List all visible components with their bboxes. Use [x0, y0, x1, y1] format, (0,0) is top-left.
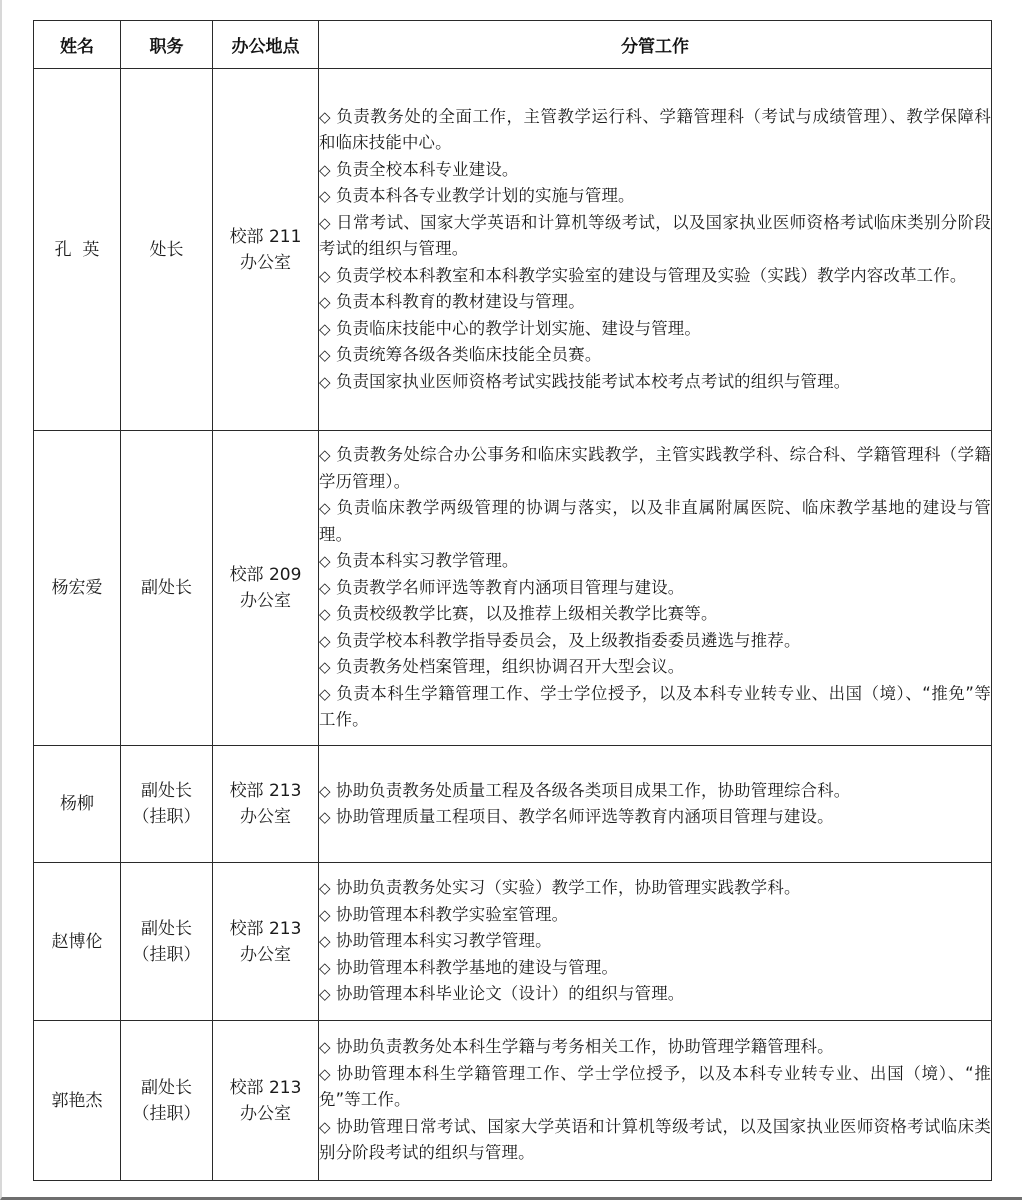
duty-text: 协助管理本科毕业论文（设计）的组织与管理。: [336, 984, 684, 1003]
table-row: 孔 英处长校部 211办公室◇负责教务处的全面工作，主管教学运行科、学籍管理科（…: [34, 69, 992, 431]
duty-text: 负责教学名师评选等教育内涵项目管理与建设。: [336, 578, 684, 597]
diamond-bullet-icon: ◇: [319, 601, 336, 628]
diamond-bullet-icon: ◇: [319, 369, 336, 396]
table-header-row: 姓名 职务 办公地点 分管工作: [34, 21, 992, 69]
duty-text: 协助管理本科教学实验室管理。: [336, 905, 568, 924]
duty-text: 协助负责教务处实习（实验）教学工作，协助管理实践教学科。: [336, 878, 801, 897]
header-office: 办公地点: [213, 21, 319, 69]
person-name: 杨柳: [60, 794, 94, 814]
duty-text: 负责本科生学籍管理工作、学士学位授予，以及本科专业转专业、出国（境）、“推免”等…: [319, 684, 991, 730]
duty-text: 协助管理本科生学籍管理工作、学士学位授予，以及本科专业转专业、出国（境）、“推免…: [319, 1064, 991, 1110]
duty-text: 负责临床教学两级管理的协调与落实，以及非直属附属医院、临床教学基地的建设与管理。: [319, 498, 991, 544]
cell-name: 孔 英: [34, 69, 121, 431]
duty-text: 负责学校本科教学指导委员会，及上级教指委委员遴选与推荐。: [336, 631, 801, 650]
duty-item: ◇负责本科各专业教学计划的实施与管理。: [319, 183, 991, 210]
duty-item: ◇协助负责教务处质量工程及各级各类项目成果工作，协助管理综合科。: [319, 778, 991, 805]
duty-item: ◇负责临床教学两级管理的协调与落实，以及非直属附属医院、临床教学基地的建设与管理…: [319, 495, 991, 548]
duty-item: ◇负责本科教育的教材建设与管理。: [319, 289, 991, 316]
diamond-bullet-icon: ◇: [319, 1034, 336, 1061]
diamond-bullet-icon: ◇: [319, 902, 336, 929]
table-body: 孔 英处长校部 211办公室◇负责教务处的全面工作，主管教学运行科、学籍管理科（…: [34, 69, 992, 1181]
duty-text: 协助管理质量工程项目、教学名师评选等教育内涵项目管理与建设。: [336, 807, 834, 826]
office-line-2: 办公室: [213, 250, 318, 276]
duty-text: 协助管理本科教学基地的建设与管理。: [336, 958, 618, 977]
table-row: 赵博伦副处长（挂职）校部 213办公室◇协助负责教务处实习（实验）教学工作，协助…: [34, 863, 992, 1021]
diamond-bullet-icon: ◇: [319, 654, 336, 681]
diamond-bullet-icon: ◇: [319, 804, 336, 831]
duty-text: 负责教务处的全面工作，主管教学运行科、学籍管理科（考试与成绩管理）、教学保障科和…: [319, 107, 991, 153]
table-row: 杨柳副处长（挂职）校部 213办公室◇协助负责教务处质量工程及各级各类项目成果工…: [34, 746, 992, 863]
diamond-bullet-icon: ◇: [319, 778, 336, 805]
office-line-2: 办公室: [213, 1101, 318, 1127]
person-name: 赵博伦: [52, 932, 103, 952]
duty-item: ◇负责学校本科教学指导委员会，及上级教指委委员遴选与推荐。: [319, 628, 991, 655]
cell-duties: ◇协助负责教务处本科生学籍与考务相关工作，协助管理学籍管理科。◇协助管理本科生学…: [319, 1021, 992, 1181]
duty-text: 协助负责教务处本科生学籍与考务相关工作，协助管理学籍管理科。: [336, 1037, 834, 1056]
title-line-1: 副处长: [121, 916, 212, 942]
duty-text: 负责统筹各级各类临床技能全员赛。: [336, 345, 601, 364]
duty-text: 负责教务处综合办公事务和临床实践教学，主管实践教学科、综合科、学籍管理科（学籍学…: [319, 445, 991, 491]
diamond-bullet-icon: ◇: [319, 210, 336, 237]
duty-item: ◇负责临床技能中心的教学计划实施、建设与管理。: [319, 316, 991, 343]
diamond-bullet-icon: ◇: [319, 1114, 336, 1141]
duty-text: 日常考试、国家大学英语和计算机等级考试，以及国家执业医师资格考试临床类别分阶段考…: [319, 213, 991, 259]
person-name: 郭艳杰: [52, 1091, 103, 1111]
duty-text: 负责学校本科教室和本科教学实验室的建设与管理及实验（实践）教学内容改革工作。: [336, 266, 966, 285]
cell-duties: ◇负责教务处综合办公事务和临床实践教学，主管实践教学科、综合科、学籍管理科（学籍…: [319, 431, 992, 746]
office-line-1: 校部 209: [213, 562, 318, 588]
office-line-2: 办公室: [213, 804, 318, 830]
cell-office: 校部 211办公室: [213, 69, 319, 431]
title-line-1: 副处长: [121, 1075, 212, 1101]
title-line-1: 副处长: [121, 778, 212, 804]
cell-title: 副处长（挂职）: [121, 746, 213, 863]
diamond-bullet-icon: ◇: [319, 442, 336, 469]
duty-item: ◇协助负责教务处本科生学籍与考务相关工作，协助管理学籍管理科。: [319, 1034, 991, 1061]
duty-item: ◇协助负责教务处实习（实验）教学工作，协助管理实践教学科。: [319, 875, 991, 902]
duty-item: ◇负责本科实习教学管理。: [319, 548, 991, 575]
duty-item: ◇负责教务处的全面工作，主管教学运行科、学籍管理科（考试与成绩管理）、教学保障科…: [319, 104, 991, 157]
duty-item: ◇负责校级教学比赛，以及推荐上级相关教学比赛等。: [319, 601, 991, 628]
diamond-bullet-icon: ◇: [319, 263, 336, 290]
diamond-bullet-icon: ◇: [319, 316, 336, 343]
title-line-2: （挂职）: [121, 1101, 212, 1127]
title-line-2: （挂职）: [121, 804, 212, 830]
cell-name: 赵博伦: [34, 863, 121, 1021]
duty-item: ◇协助管理本科教学基地的建设与管理。: [319, 955, 991, 982]
duty-text: 负责校级教学比赛，以及推荐上级相关教学比赛等。: [336, 604, 718, 623]
office-line-1: 校部 213: [213, 778, 318, 804]
header-duties: 分管工作: [319, 21, 992, 69]
duty-text: 负责国家执业医师资格考试实践技能考试本校考点考试的组织与管理。: [336, 372, 850, 391]
duty-text: 协助管理本科实习教学管理。: [336, 931, 552, 950]
table-row: 杨宏爱副处长校部 209办公室◇负责教务处综合办公事务和临床实践教学，主管实践教…: [34, 431, 992, 746]
office-line-1: 校部 213: [213, 1075, 318, 1101]
duty-assignment-table: 姓名 职务 办公地点 分管工作 孔 英处长校部 211办公室◇负责教务处的全面工…: [33, 20, 992, 1181]
duty-item: ◇负责学校本科教室和本科教学实验室的建设与管理及实验（实践）教学内容改革工作。: [319, 263, 991, 290]
duty-text: 协助负责教务处质量工程及各级各类项目成果工作，协助管理综合科。: [336, 781, 850, 800]
duty-item: ◇协助管理质量工程项目、教学名师评选等教育内涵项目管理与建设。: [319, 804, 991, 831]
cell-name: 郭艳杰: [34, 1021, 121, 1181]
duty-item: ◇协助管理本科实习教学管理。: [319, 928, 991, 955]
diamond-bullet-icon: ◇: [319, 681, 336, 708]
cell-title: 副处长（挂职）: [121, 863, 213, 1021]
diamond-bullet-icon: ◇: [319, 955, 336, 982]
title-line-1: 副处长: [121, 575, 212, 601]
office-line-1: 校部 211: [213, 224, 318, 250]
duty-item: ◇负责教学名师评选等教育内涵项目管理与建设。: [319, 575, 991, 602]
duty-item: ◇负责教务处综合办公事务和临床实践教学，主管实践教学科、综合科、学籍管理科（学籍…: [319, 442, 991, 495]
duty-item: ◇协助管理日常考试、国家大学英语和计算机等级考试，以及国家执业医师资格考试临床类…: [319, 1114, 991, 1167]
cell-title: 处长: [121, 69, 213, 431]
cell-office: 校部 213办公室: [213, 863, 319, 1021]
cell-office: 校部 209办公室: [213, 431, 319, 746]
diamond-bullet-icon: ◇: [319, 928, 336, 955]
duty-item: ◇日常考试、国家大学英语和计算机等级考试，以及国家执业医师资格考试临床类别分阶段…: [319, 210, 991, 263]
cell-office: 校部 213办公室: [213, 1021, 319, 1181]
duty-text: 负责教务处档案管理，组织协调召开大型会议。: [336, 657, 684, 676]
office-line-1: 校部 213: [213, 916, 318, 942]
diamond-bullet-icon: ◇: [319, 157, 336, 184]
diamond-bullet-icon: ◇: [319, 1061, 336, 1088]
cell-title: 副处长（挂职）: [121, 1021, 213, 1181]
office-line-2: 办公室: [213, 588, 318, 614]
diamond-bullet-icon: ◇: [319, 981, 336, 1008]
title-line-1: 处长: [121, 237, 212, 263]
cell-duties: ◇协助负责教务处实习（实验）教学工作，协助管理实践教学科。◇协助管理本科教学实验…: [319, 863, 992, 1021]
duty-item: ◇负责本科生学籍管理工作、学士学位授予，以及本科专业转专业、出国（境）、“推免”…: [319, 681, 991, 734]
duty-item: ◇协助管理本科毕业论文（设计）的组织与管理。: [319, 981, 991, 1008]
diamond-bullet-icon: ◇: [319, 495, 336, 522]
cell-title: 副处长: [121, 431, 213, 746]
diamond-bullet-icon: ◇: [319, 548, 336, 575]
duty-item: ◇协助管理本科教学实验室管理。: [319, 902, 991, 929]
diamond-bullet-icon: ◇: [319, 628, 336, 655]
cell-office: 校部 213办公室: [213, 746, 319, 863]
duty-text: 负责本科教育的教材建设与管理。: [336, 292, 585, 311]
header-name: 姓名: [34, 21, 121, 69]
duty-item: ◇负责全校本科专业建设。: [319, 157, 991, 184]
header-title: 职务: [121, 21, 213, 69]
table-row: 郭艳杰副处长（挂职）校部 213办公室◇协助负责教务处本科生学籍与考务相关工作，…: [34, 1021, 992, 1181]
diamond-bullet-icon: ◇: [319, 183, 336, 210]
duty-item: ◇协助管理本科生学籍管理工作、学士学位授予，以及本科专业转专业、出国（境）、“推…: [319, 1061, 991, 1114]
diamond-bullet-icon: ◇: [319, 342, 336, 369]
cell-name: 杨宏爱: [34, 431, 121, 746]
cell-duties: ◇协助负责教务处质量工程及各级各类项目成果工作，协助管理综合科。◇协助管理质量工…: [319, 746, 992, 863]
duty-item: ◇负责统筹各级各类临床技能全员赛。: [319, 342, 991, 369]
duty-text: 负责本科各专业教学计划的实施与管理。: [336, 186, 635, 205]
duty-item: ◇负责国家执业医师资格考试实践技能考试本校考点考试的组织与管理。: [319, 369, 991, 396]
duty-text: 负责临床技能中心的教学计划实施、建设与管理。: [336, 319, 701, 338]
title-line-2: （挂职）: [121, 942, 212, 968]
diamond-bullet-icon: ◇: [319, 575, 336, 602]
duty-item: ◇负责教务处档案管理，组织协调召开大型会议。: [319, 654, 991, 681]
cell-duties: ◇负责教务处的全面工作，主管教学运行科、学籍管理科（考试与成绩管理）、教学保障科…: [319, 69, 992, 431]
duty-text: 协助管理日常考试、国家大学英语和计算机等级考试，以及国家执业医师资格考试临床类别…: [319, 1117, 991, 1163]
office-line-2: 办公室: [213, 942, 318, 968]
duty-text: 负责全校本科专业建设。: [336, 160, 519, 179]
person-name: 杨宏爱: [52, 578, 103, 598]
diamond-bullet-icon: ◇: [319, 289, 336, 316]
person-name: 孔 英: [55, 240, 100, 260]
cell-name: 杨柳: [34, 746, 121, 863]
diamond-bullet-icon: ◇: [319, 104, 336, 131]
duty-text: 负责本科实习教学管理。: [336, 551, 519, 570]
diamond-bullet-icon: ◇: [319, 875, 336, 902]
